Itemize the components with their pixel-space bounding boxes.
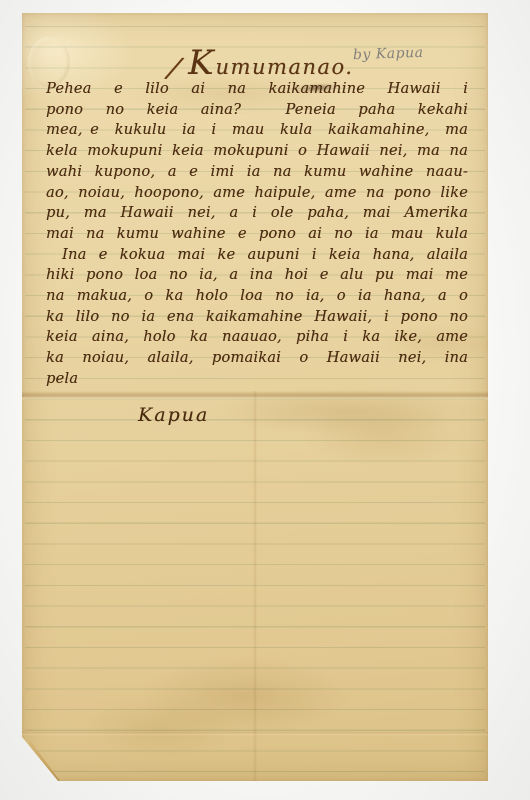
signature: Kapua xyxy=(138,404,209,426)
vertical-fold-crease xyxy=(253,391,257,781)
pencil-annotation: by Kapua xyxy=(353,45,424,63)
body-line: pela xyxy=(46,369,468,390)
body-line: ka noiau, alaila, pomaikai o Hawaii nei,… xyxy=(46,348,468,369)
bottom-wrinkle-crease xyxy=(22,731,488,736)
body-line: Ina e kokua mai ke aupuni i keia hana, a… xyxy=(46,245,468,266)
body-line: wahi kupono, a e imi ia na kumu wahine n… xyxy=(46,162,468,183)
body-line: pu, ma Hawaii nei, a i ole paha, mai Ame… xyxy=(46,203,468,224)
manuscript-body: Pehea e lilo ai na kaikamahine Hawaii i … xyxy=(46,79,468,390)
manuscript-page: ∕Kumumanao. by Kapua Pehea e lilo ai na … xyxy=(22,13,488,781)
title-row: ∕Kumumanao. xyxy=(170,43,353,83)
body-line: mai na kumu wahine e pono ai no ia mau k… xyxy=(46,224,468,245)
body-line: kela mokupuni keia mokupuni o Hawaii nei… xyxy=(46,141,468,162)
body-line: ka lilo no ia ena kaikamahine Hawaii, i … xyxy=(46,307,468,328)
body-line: keia aina, holo ka naauao, piha i ka ike… xyxy=(46,327,468,348)
body-line: ao, noiau, hoopono, ame haipule, ame na … xyxy=(46,183,468,204)
body-line: hiki pono loa no ia, a ina hoi e alu pu … xyxy=(46,265,468,286)
body-line: Pehea e lilo ai na kaikamahine Hawaii i xyxy=(46,79,468,100)
body-line: pono no keia aina? Peneia paha kekahi xyxy=(46,100,468,121)
body-line: mea, e kukulu ia i mau kula kaikamahine,… xyxy=(46,120,468,141)
document-title: Kumumanao. xyxy=(188,43,353,83)
body-line: na makua, o ka holo loa no ia, o ia hana… xyxy=(46,286,468,307)
